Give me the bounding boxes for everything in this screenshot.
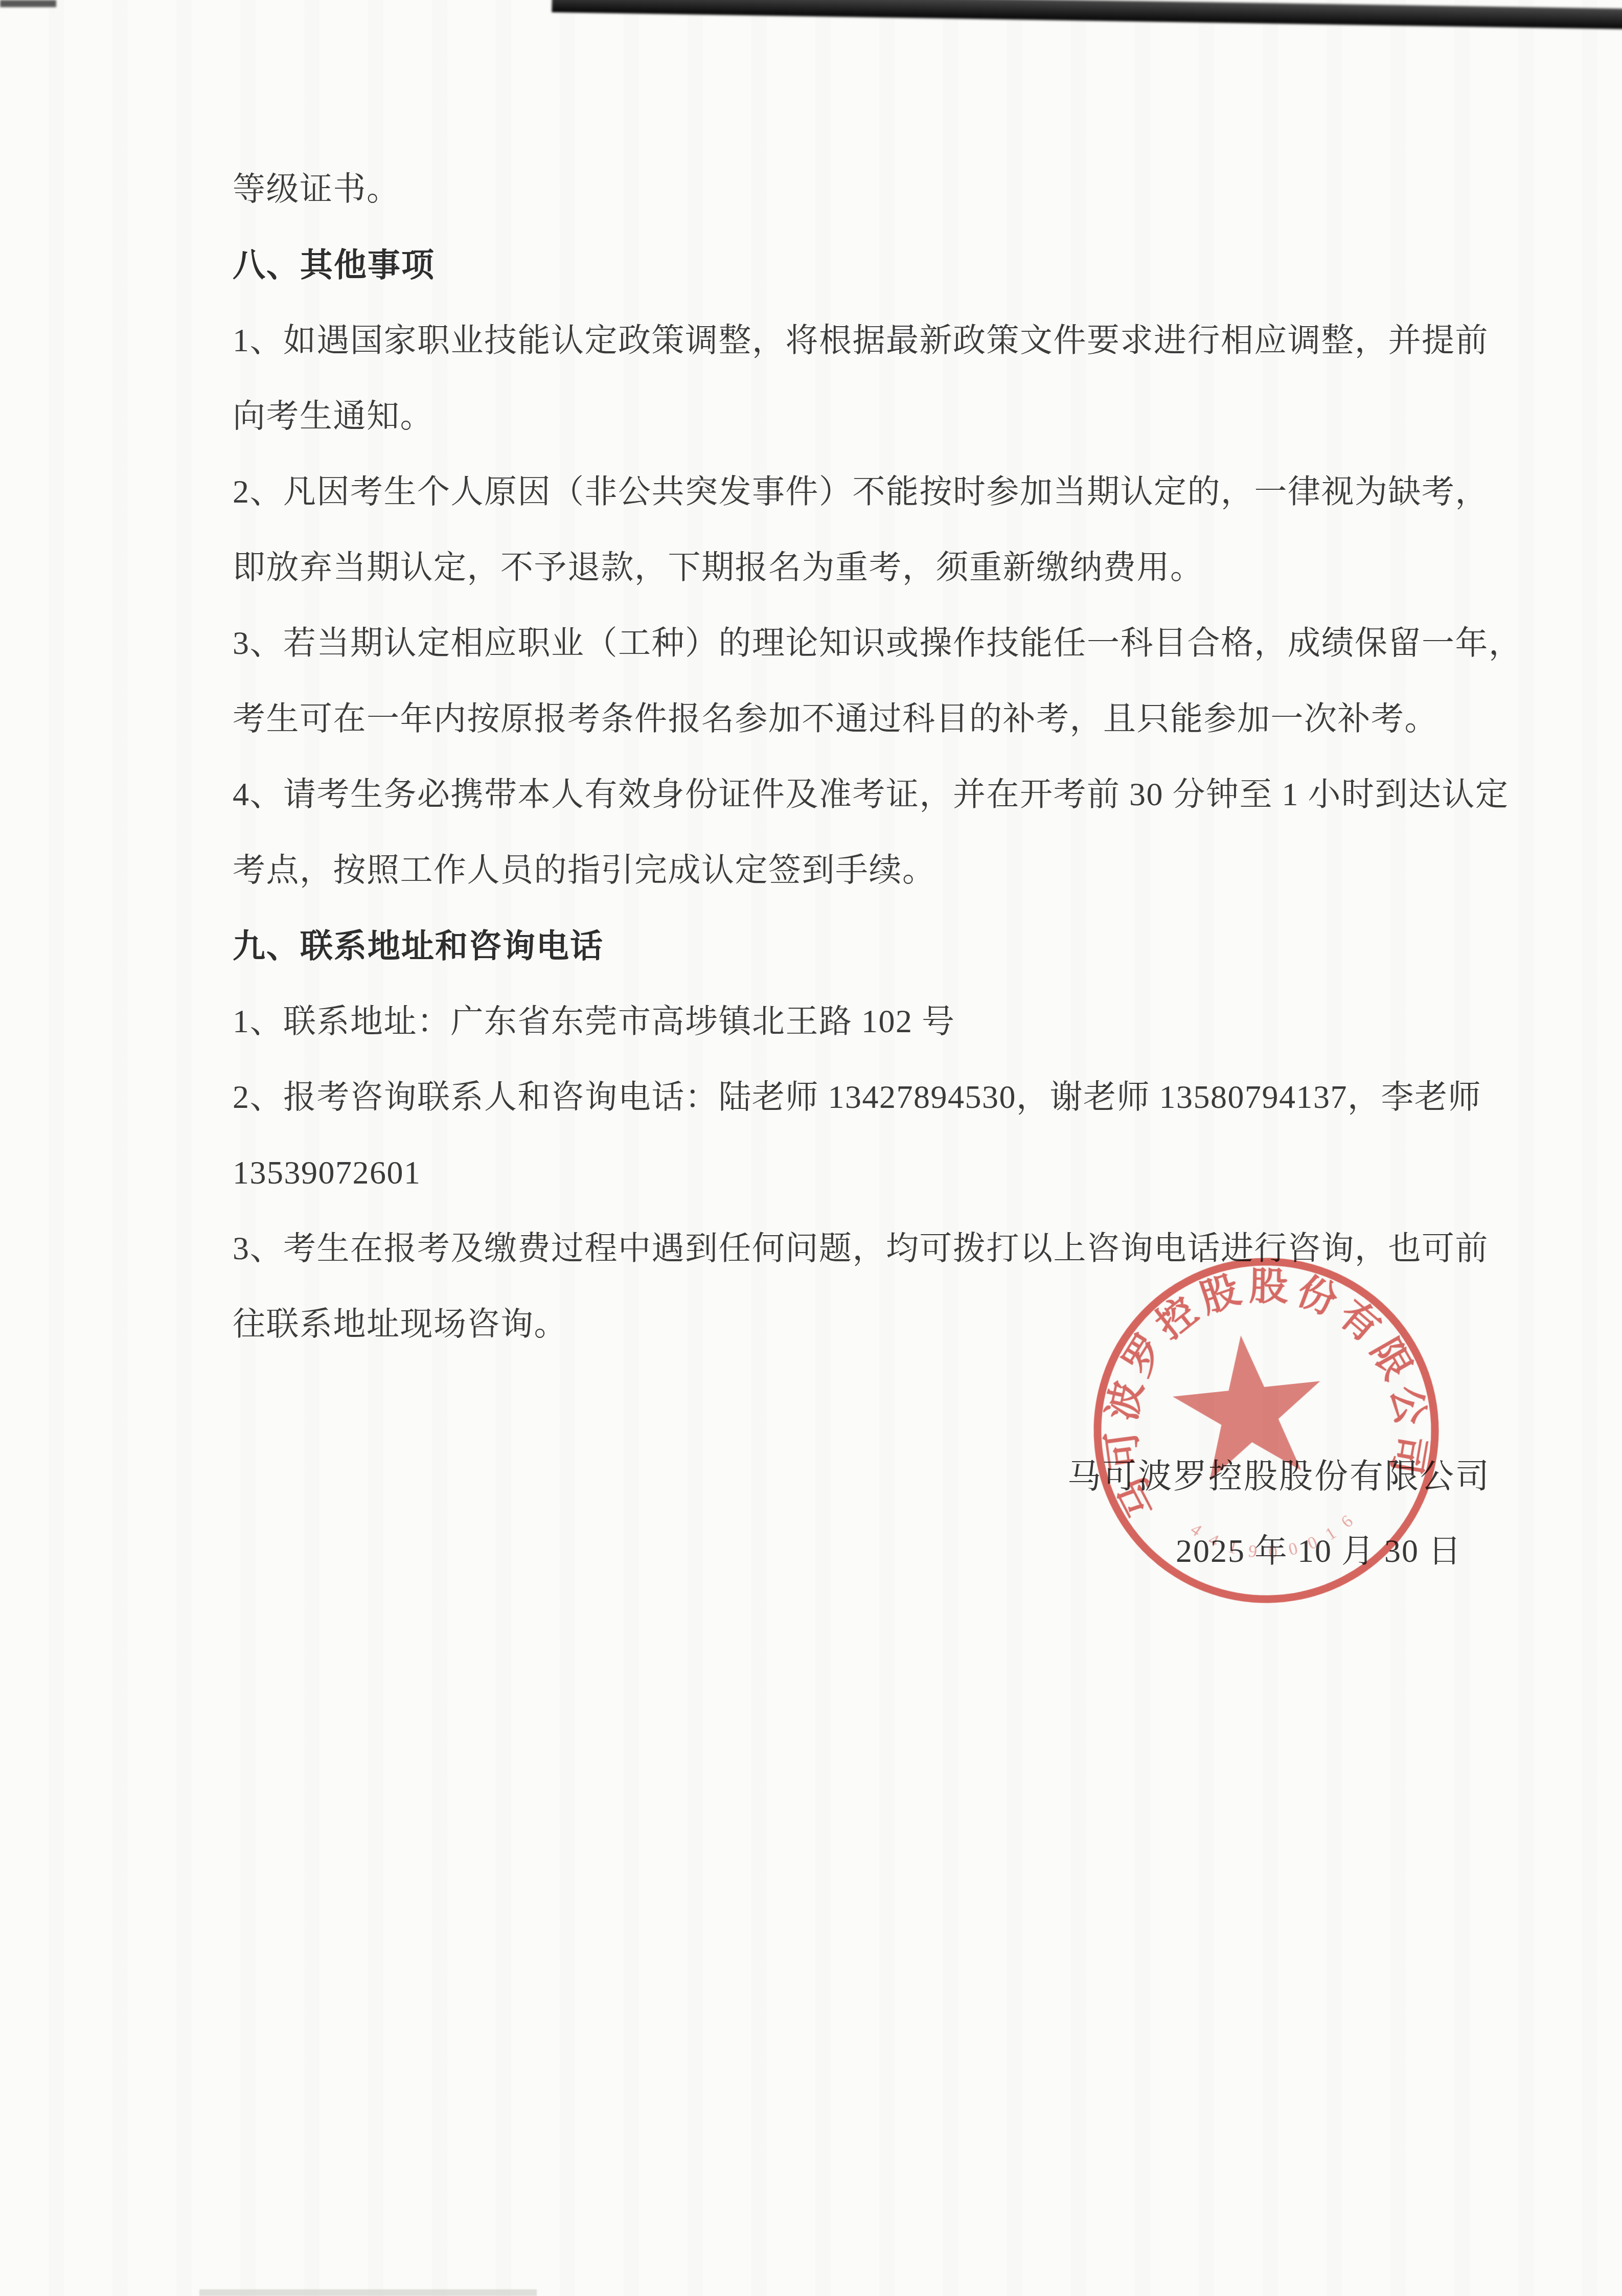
scan-artifact-bottom	[199, 2289, 537, 2296]
document-line: 13539072601	[233, 1135, 1508, 1211]
document-line: 2、凡因考生个人原因（非公共突发事件）不能按时参加当期认定的，一律视为缺考，	[233, 454, 1508, 530]
section-heading-other-matters: 八、其他事项	[233, 227, 1508, 303]
document-line: 1、联系地址：广东省东莞市高埗镇北王路 102 号	[233, 984, 1508, 1059]
document-line: 1、如遇国家职业技能认定政策调整，将根据最新政策文件要求进行相应调整，并提前	[233, 303, 1508, 378]
scanned-notice-page: { "page": { "background": "#fbfbf9", "in…	[0, 0, 1622, 2296]
document-line: 向考生通知。	[233, 378, 1508, 454]
company-seal-stamp: 马可波罗控股股份有限公司 4419000166024	[1074, 1238, 1458, 1623]
section-heading-contact: 九、联系地址和咨询电话	[233, 908, 1508, 984]
document-line: 考生可在一年内按原报考条件报名参加不通过科目的补考，且只能参加一次补考。	[233, 681, 1508, 757]
scan-artifact-top-band	[552, 0, 1622, 31]
document-line: 4、请考生务必携带本人有效身份证件及准考证，并在开考前 30 分钟至 1 小时到…	[233, 757, 1508, 832]
seal-graphic: 马可波罗控股股份有限公司 4419000166024	[1074, 1238, 1458, 1623]
document-line: 考点，按照工作人员的指引完成认定签到手续。	[233, 832, 1508, 908]
document-text-block: 等级证书。 八、其他事项 1、如遇国家职业技能认定政策调整，将根据最新政策文件要…	[233, 151, 1508, 1362]
document-line: 2、报考咨询联系人和咨询电话：陆老师 13427894530，谢老师 13580…	[233, 1059, 1508, 1135]
seal-star-icon	[1167, 1328, 1329, 1483]
document-line: 等级证书。	[233, 151, 1508, 227]
document-line: 3、若当期认定相应职业（工种）的理论知识或操作技能任一科目合格，成绩保留一年，	[233, 605, 1508, 681]
scan-artifact-top-left	[0, 0, 56, 7]
document-line: 即放弃当期认定，不予退款，下期报名为重考，须重新缴纳费用。	[233, 530, 1508, 605]
